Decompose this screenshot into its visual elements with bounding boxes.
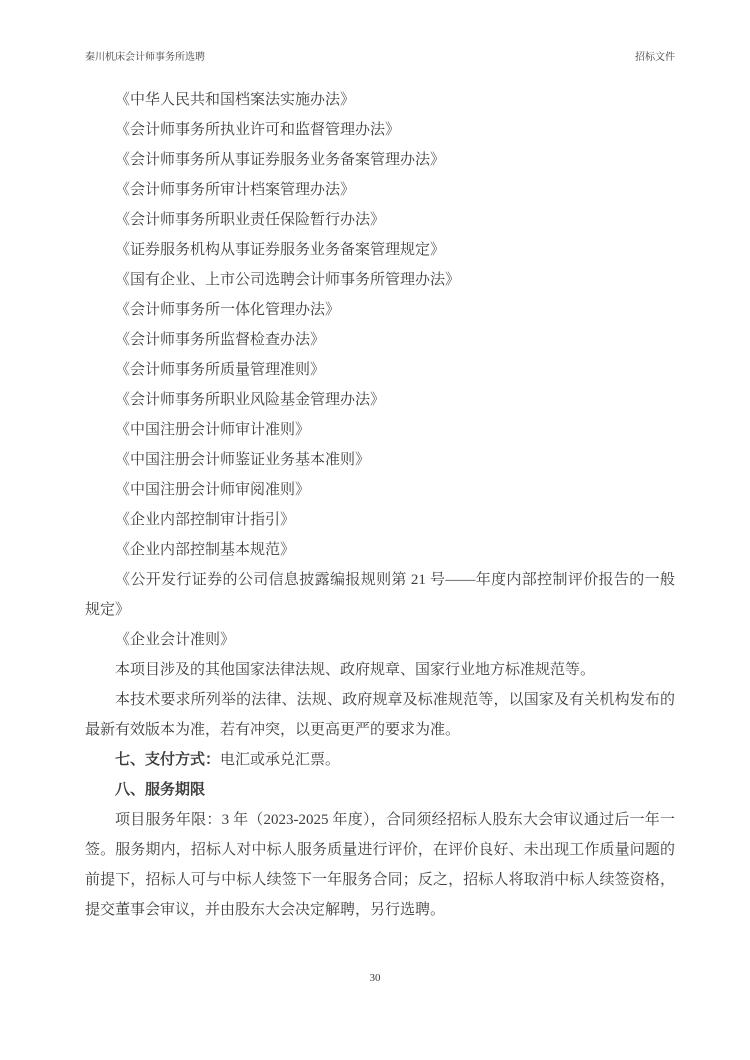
document-line: 本技术要求所列举的法律、法规、政府规章及标准规范等，以国家及有关机构发布的 (85, 685, 675, 715)
document-line: 《会计师事务所一体化管理办法》 (85, 295, 675, 325)
document-line: 最新有效版本为准，若有冲突，以更高更严的要求为准。 (85, 715, 675, 745)
document-line: 《国有企业、上市公司选聘会计师事务所管理办法》 (85, 265, 675, 295)
document-line: 《中国注册会计师鉴证业务基本准则》 (85, 445, 675, 475)
document-line: 《会计师事务所执业许可和监督管理办法》 (85, 115, 675, 145)
document-line: 《中华人民共和国档案法实施办法》 (85, 85, 675, 115)
page-number: 30 (370, 972, 381, 984)
document-line: 七、支付方式：电汇或承兑汇票。 (85, 745, 675, 775)
document-line: 提交董事会审议，并由股东大会决定解聘，另行选聘。 (85, 895, 675, 925)
document-line: 《企业内部控制审计指引》 (85, 505, 675, 535)
document-line: 《证券服务机构从事证券服务业务备案管理规定》 (85, 235, 675, 265)
page-footer: 30 (0, 968, 750, 988)
document-page: 秦川机床会计师事务所选聘 招标文件 《中华人民共和国档案法实施办法》《会计师事务… (0, 0, 750, 1060)
document-line: 规定》 (85, 595, 675, 625)
document-line: 本项目涉及的其他国家法律法规、政府规章、国家行业地方标准规范等。 (85, 655, 675, 685)
document-line: 《会计师事务所质量管理准则》 (85, 355, 675, 385)
document-line: 前提下，招标人可与中标人续签下一年服务合同；反之，招标人将取消中标人续签资格， (85, 865, 675, 895)
document-line: 《会计师事务所审计档案管理办法》 (85, 175, 675, 205)
section-heading-text: 七、支付方式： (115, 752, 220, 768)
document-line: 《会计师事务所从事证券服务业务备案管理办法》 (85, 145, 675, 175)
document-line: 《会计师事务所监督检查办法》 (85, 325, 675, 355)
page-header: 秦川机床会计师事务所选聘 招标文件 (85, 48, 675, 68)
document-line: 《企业内部控制基本规范》 (85, 535, 675, 565)
document-line: 项目服务年限：3 年（2023-2025 年度），合同须经招标人股东大会审议通过… (85, 805, 675, 835)
document-body: 《中华人民共和国档案法实施办法》《会计师事务所执业许可和监督管理办法》《会计师事… (85, 85, 675, 925)
document-line: 《会计师事务所职业责任保险暂行办法》 (85, 205, 675, 235)
document-line: 《企业会计准则》 (85, 625, 675, 655)
section-heading-text: 八、服务期限 (115, 782, 205, 798)
document-line: 《公开发行证券的公司信息披露编报规则第 21 号——年度内部控制评价报告的一般 (85, 565, 675, 595)
header-project-title: 秦川机床会计师事务所选聘 (85, 48, 205, 68)
header-document-type: 招标文件 (635, 48, 675, 68)
document-line: 《中国注册会计师审阅准则》 (85, 475, 675, 505)
document-line: 八、服务期限 (85, 775, 675, 805)
document-line: 《会计师事务所职业风险基金管理办法》 (85, 385, 675, 415)
document-line: 签。服务期内，招标人对中标人服务质量进行评价，在评价良好、未出现工作质量问题的 (85, 835, 675, 865)
document-line: 《中国注册会计师审计准则》 (85, 415, 675, 445)
